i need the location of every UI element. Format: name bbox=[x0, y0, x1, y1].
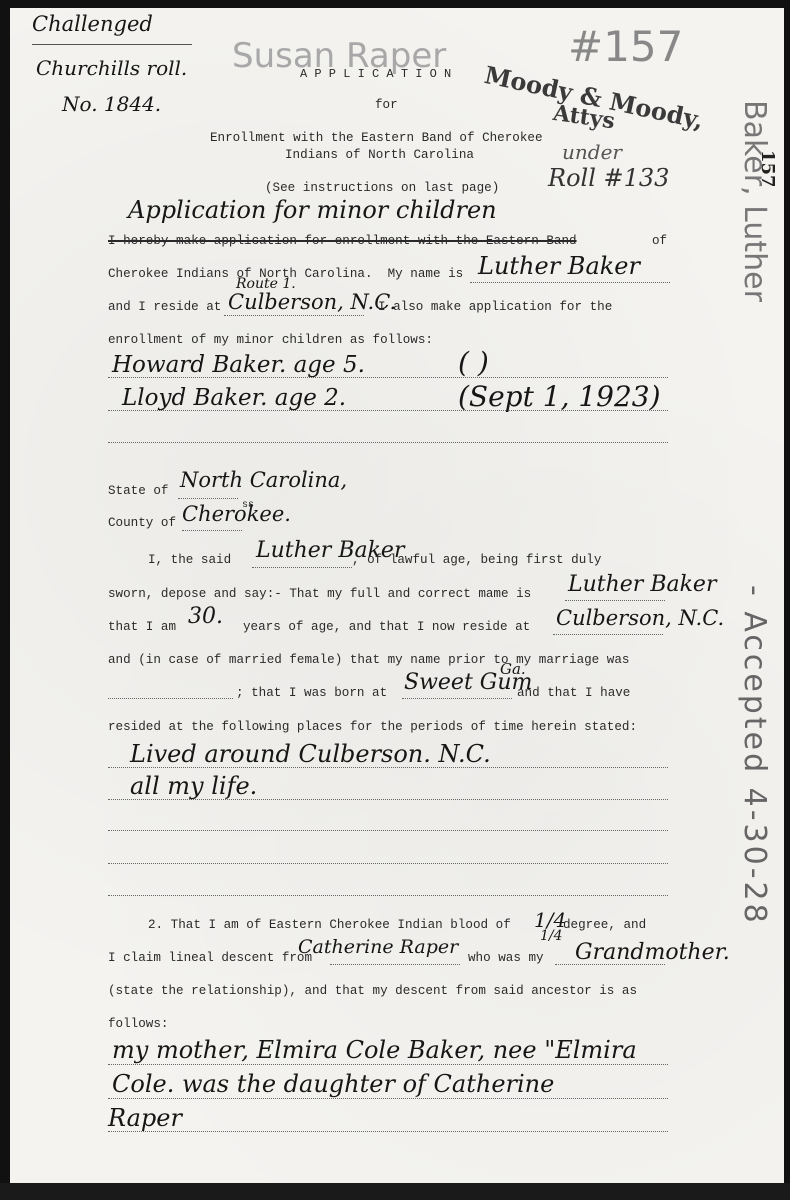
age-value: 30. bbox=[188, 604, 223, 629]
header-instructions: (See instructions on last page) bbox=[265, 181, 499, 195]
reside-suffix: I also make application for the bbox=[378, 300, 612, 314]
affidavit-p5-suffix: and that I have bbox=[517, 686, 630, 700]
said-name-line bbox=[252, 567, 352, 568]
ancestor-name: Catherine Raper bbox=[298, 936, 458, 958]
descent-line-1 bbox=[108, 1064, 668, 1065]
child-note-1: ( ) bbox=[458, 346, 489, 379]
reside-now-line bbox=[553, 634, 663, 635]
header-title: A P P L I C A T I O N bbox=[300, 67, 451, 81]
divider bbox=[32, 44, 192, 45]
blood-p3: (state the relationship), and that my de… bbox=[108, 984, 637, 998]
birthplace-line bbox=[402, 698, 512, 699]
affidavit-p1-suffix: , of lawful age, being first duly bbox=[352, 553, 601, 567]
ancestor-line bbox=[330, 964, 460, 965]
annotation-under: under bbox=[562, 140, 622, 164]
full-name: Luther Baker bbox=[568, 572, 716, 597]
residence-line-3 bbox=[108, 830, 668, 831]
name-field-line bbox=[470, 282, 670, 283]
reside-field-line bbox=[224, 315, 364, 316]
affidavit-p2-prefix: sworn, depose and say:- That my full and… bbox=[108, 587, 531, 601]
blood-p1-prefix: 2. That I am of Eastern Cherokee Indian … bbox=[148, 918, 511, 932]
descent-line-2 bbox=[108, 1098, 668, 1099]
margin-status: - Accepted 4-30-28 bbox=[737, 585, 772, 926]
blood-p2-prefix: I claim lineal descent from bbox=[108, 951, 312, 965]
descent-text-1: my mother, Elmira Cole Baker, nee "Elmir… bbox=[112, 1036, 637, 1064]
annotation-challenged: Challenged bbox=[32, 12, 153, 36]
applicant-name: Luther Baker bbox=[478, 252, 640, 280]
annotation-roll: Churchills roll. bbox=[36, 56, 187, 80]
children-intro: enrollment of my minor children as follo… bbox=[108, 333, 433, 347]
residence: Culberson, N.C. bbox=[228, 290, 396, 314]
descent-text-3: Raper bbox=[108, 1104, 182, 1132]
header-line2: Indians of North Carolina bbox=[285, 148, 474, 162]
relationship: Grandmother. bbox=[575, 940, 730, 965]
child-entry-2: Lloyd Baker. age 2. bbox=[122, 385, 346, 411]
blood-p4: follows: bbox=[108, 1017, 168, 1031]
annotation-roll-number: No. 1844. bbox=[62, 92, 161, 116]
relationship-fraction: 1/4 bbox=[540, 928, 563, 944]
reside-now-value: Culberson, N.C. bbox=[556, 606, 724, 630]
state-value: North Carolina, bbox=[180, 468, 347, 492]
affidavit-p5-mid: ; that I was born at bbox=[236, 686, 387, 700]
residence-line-4 bbox=[108, 863, 668, 864]
annotation-roll-133: Roll #133 bbox=[548, 164, 669, 192]
affidavit-p4: and (in case of married female) that my … bbox=[108, 653, 629, 667]
descent-line-3 bbox=[108, 1131, 668, 1132]
scan-border bbox=[0, 1183, 790, 1200]
struck-line-end: of bbox=[652, 234, 667, 248]
header-line1: Enrollment with the Eastern Band of Cher… bbox=[210, 131, 543, 145]
blood-p1-suffix: degree, and bbox=[563, 918, 646, 932]
maiden-name-line bbox=[108, 698, 233, 699]
descent-text-2: Cole. was the daughter of Catherine bbox=[112, 1070, 554, 1098]
affidavit-p1-prefix: I, the said bbox=[148, 553, 231, 567]
child-entry-1: Howard Baker. age 5. bbox=[112, 352, 365, 378]
struck-line: I hereby make application for enrollment… bbox=[108, 234, 577, 248]
county-field-line bbox=[182, 530, 242, 531]
ss-mark: ss bbox=[242, 500, 254, 511]
birth-state: Ga. bbox=[500, 660, 526, 678]
full-name-line bbox=[565, 600, 665, 601]
blood-p2-mid: who was my bbox=[468, 951, 544, 965]
child-line-3 bbox=[108, 442, 668, 443]
child-note-2: (Sept 1, 1923) bbox=[458, 380, 661, 413]
state-field-line bbox=[178, 498, 238, 499]
state-label: State of bbox=[108, 484, 168, 498]
margin-name: Baker, Luther bbox=[737, 100, 772, 302]
affidavit-p6: resided at the following places for the … bbox=[108, 720, 637, 734]
stamp-number: #157 bbox=[568, 22, 683, 71]
affidavit-p3-prefix: that I am bbox=[108, 620, 176, 634]
residence-history-2: all my life. bbox=[130, 772, 257, 800]
reside-label: and I reside at bbox=[108, 300, 221, 314]
county-value: Cherokee. bbox=[182, 502, 291, 526]
county-label: County of bbox=[108, 516, 176, 530]
residence-line-5 bbox=[108, 895, 668, 896]
residence-history-1: Lived around Culberson. N.C. bbox=[130, 740, 491, 768]
affidavit-p3-mid: years of age, and that I now reside at bbox=[243, 620, 530, 634]
header-for: for bbox=[375, 98, 398, 112]
handwritten-title: Application for minor children bbox=[128, 196, 497, 224]
